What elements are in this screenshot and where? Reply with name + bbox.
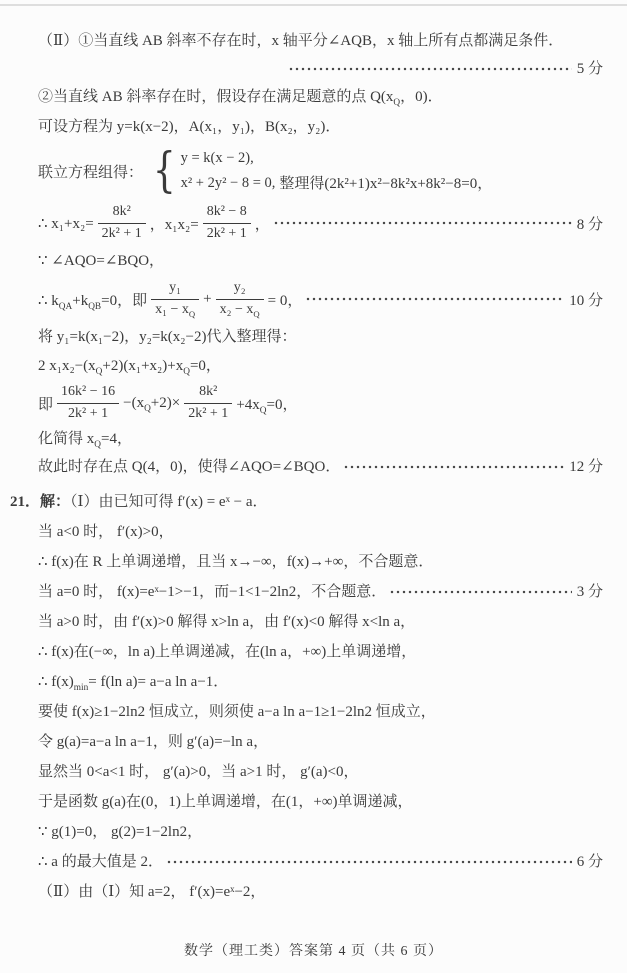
solution-line-06: ∴ x₁+x₂= 8k²2k² + 1 ，x₁x₂= 8k² − 82k² + … <box>38 200 603 246</box>
denominator: 2k² + 1 <box>184 404 232 423</box>
subscript-q: Q <box>144 404 151 414</box>
equation-1: y = k(x − 2), <box>181 146 276 171</box>
solution-line-08: ∴ kQA+kQB=0，即 y₁x₁ − xQ + y₂x₂ − xQ = 0，… <box>38 276 603 322</box>
solution-line-27: （Ⅱ）由（Ⅰ）知 a=2， f′(x)=eˣ−2， <box>38 877 603 907</box>
solution-line-09: 将 y₁=k(x₁−2)，y₂=k(x₂−2)代入整理得： <box>38 322 603 352</box>
solution-line-11: 即 16k² − 162k² + 1 −(xQ+2)× 8k²2k² + 1 +… <box>38 381 603 425</box>
scanned-answer-page: （Ⅱ）①当直线 AB 斜率不存在时，x 轴平分∠AQB，x 轴上所有点都满足条件… <box>0 0 627 973</box>
solution-line-19: ∴ f(x)在(−∞，ln a)上单调递减，在(ln a，+∞)上单调递增， <box>38 637 603 667</box>
text-run: 当 a=0 时， f(x)=eˣ−1>−1，而−1<1−2ln2，不合题意． <box>38 577 386 607</box>
subscript-q: Q <box>253 308 259 318</box>
denominator: 2k² + 1 <box>203 224 251 243</box>
fraction: 8k²2k² + 1 <box>184 383 232 422</box>
solution-line-04: 可设方程为 y=k(x−2)，A(x₁，y₁)，B(x₂，y₂)． <box>38 112 603 142</box>
solution-line-03: ②当直线 AB 斜率存在时，假设存在满足题意的点 Q(xQ，0)． <box>38 82 603 112</box>
equation-2: x² + 2y² − 8 = 0, <box>181 171 276 196</box>
dotted-leader <box>389 585 572 600</box>
text-run: ， <box>255 213 270 234</box>
brace-icon: { <box>153 149 176 192</box>
subscript-q: Q <box>260 406 267 416</box>
equation-stack: y = k(x − 2), x² + 2y² − 8 = 0, <box>181 146 276 197</box>
subscript-q: Q <box>183 367 190 377</box>
numerator: y₂ <box>216 279 264 299</box>
solution-line-10: 2 x₁x₂−(xQ+2)(x₁+x₂)+xQ=0， <box>38 352 603 381</box>
solution-line-22: 令 g(a)=a−a ln a−1，则 g′(a)=−ln a， <box>38 727 603 757</box>
dotted-leader <box>166 855 572 870</box>
solution-line-17: 当 a=0 时， f(x)=eˣ−1>−1，而−1<1−2ln2，不合题意． 3… <box>38 577 603 607</box>
solution-line-12: 化简得 xQ=4， <box>38 425 603 453</box>
numerator: 8k² − 8 <box>203 203 251 223</box>
text-run: ∴ kQA+kQB=0，即 <box>38 289 147 310</box>
text-run: 故此时存在点 Q(4，0)，使得∠AQO=∠BQO． <box>38 453 340 481</box>
score-label-10: 10 分 <box>569 289 603 310</box>
problem-number: 21．解： <box>10 494 70 510</box>
fraction: y₁x₁ − xQ <box>151 279 199 318</box>
score-label-12: 12 分 <box>569 453 603 481</box>
denominator: x₁ − xQ <box>151 300 199 319</box>
equation-system-line: 联立方程组得： { y = k(x − 2), x² + 2y² − 8 = 0… <box>38 142 603 200</box>
subscript-q: Q <box>189 308 195 318</box>
fraction: 16k² − 162k² + 1 <box>57 383 119 422</box>
numerator: 16k² − 16 <box>57 383 119 403</box>
dotted-leader <box>343 460 564 475</box>
solution-line-15: 当 a<0 时， f′(x)>0， <box>38 517 603 547</box>
solution-line-21: 要使 f(x)≥1−2ln2 恒成立，则须使 a−a ln a−1≥1−2ln2… <box>38 697 603 727</box>
score-label-6: 6 分 <box>577 847 603 877</box>
dotted-leader <box>288 62 572 77</box>
plus-sign: + <box>203 291 211 308</box>
numerator: 8k² <box>184 383 232 403</box>
problem-21-header: 21．解：（Ⅰ）由已知可得 f′(x) = eˣ − a． <box>10 487 603 517</box>
denominator: 2k² + 1 <box>98 224 146 243</box>
solution-line-07: ∵ ∠AQO=∠BQO， <box>38 246 603 276</box>
solution-line-02: 5 分 <box>285 56 603 82</box>
subscript-qa: QA <box>59 302 72 312</box>
denominator: 2k² + 1 <box>57 404 119 423</box>
text-run: ，x₁x₂= <box>150 213 199 234</box>
solution-line-23: 显然当 0<a<1 时， g′(a)>0，当 a>1 时， g′(a)<0， <box>38 757 603 787</box>
fraction: 8k² − 82k² + 1 <box>203 203 251 242</box>
score-label-3: 3 分 <box>577 577 603 607</box>
text-run: ②当直线 AB 斜率存在时，假设存在满足题意的点 Q(x <box>38 89 393 105</box>
numerator: y₁ <box>151 279 199 299</box>
denominator: x₂ − xQ <box>216 300 264 319</box>
text-run: 联立方程组得： <box>38 161 143 182</box>
dotted-leader <box>305 292 564 307</box>
text-run: ，0)． <box>400 89 443 105</box>
solution-line-24: 于是函数 g(a)在(0，1)上单调递增，在(1，+∞)单调递减， <box>38 787 603 817</box>
text-run: 即 <box>38 393 53 414</box>
text-run: −(xQ+2)× <box>123 395 180 412</box>
solution-line-01: （Ⅱ）①当直线 AB 斜率不存在时，x 轴平分∠AQB，x 轴上所有点都满足条件… <box>38 26 603 56</box>
subscript-min: min <box>74 683 88 693</box>
text-run: = 0， <box>268 289 303 310</box>
fraction: y₂x₂ − xQ <box>216 279 264 318</box>
solution-line-20: ∴ f(x)min= f(ln a)= a−a ln a−1． <box>38 667 603 697</box>
solution-line-13: 故此时存在点 Q(4，0)，使得∠AQO=∠BQO． 12 分 <box>38 453 603 481</box>
dotted-leader <box>273 216 572 231</box>
text-run: ∴ a 的最大值是 2． <box>38 847 163 877</box>
score-label-5: 5 分 <box>577 56 603 82</box>
subscript-q: Q <box>94 440 101 450</box>
solution-line-26: ∴ a 的最大值是 2． 6 分 <box>38 847 603 877</box>
subscript-qb: QB <box>88 302 101 312</box>
score-label-8: 8 分 <box>577 213 603 234</box>
text-run: （Ⅰ）由已知可得 f′(x) = eˣ − a． <box>70 494 268 510</box>
text-run: ∴ x₁+x₂= <box>38 214 94 233</box>
scan-artifact-line <box>0 4 627 6</box>
text-run: +4xQ=0， <box>236 393 297 414</box>
solution-line-18: 当 a>0 时，由 f′(x)>0 解得 x>ln a，由 f′(x)<0 解得… <box>38 607 603 637</box>
solution-line-16: ∴ f(x)在 R 上单调递增，且当 x→−∞，f(x)→+∞，不合题意． <box>38 547 603 577</box>
text-run: 整理得(2k²+1)x²−8k²x+8k²−8=0， <box>279 172 492 200</box>
fraction: 8k²2k² + 1 <box>98 203 146 242</box>
page-footer: 数学（理工类）答案第 4 页（共 6 页） <box>0 940 627 960</box>
solution-line-25: ∵ g(1)=0， g(2)=1−2ln2， <box>38 817 603 847</box>
numerator: 8k² <box>98 203 146 223</box>
